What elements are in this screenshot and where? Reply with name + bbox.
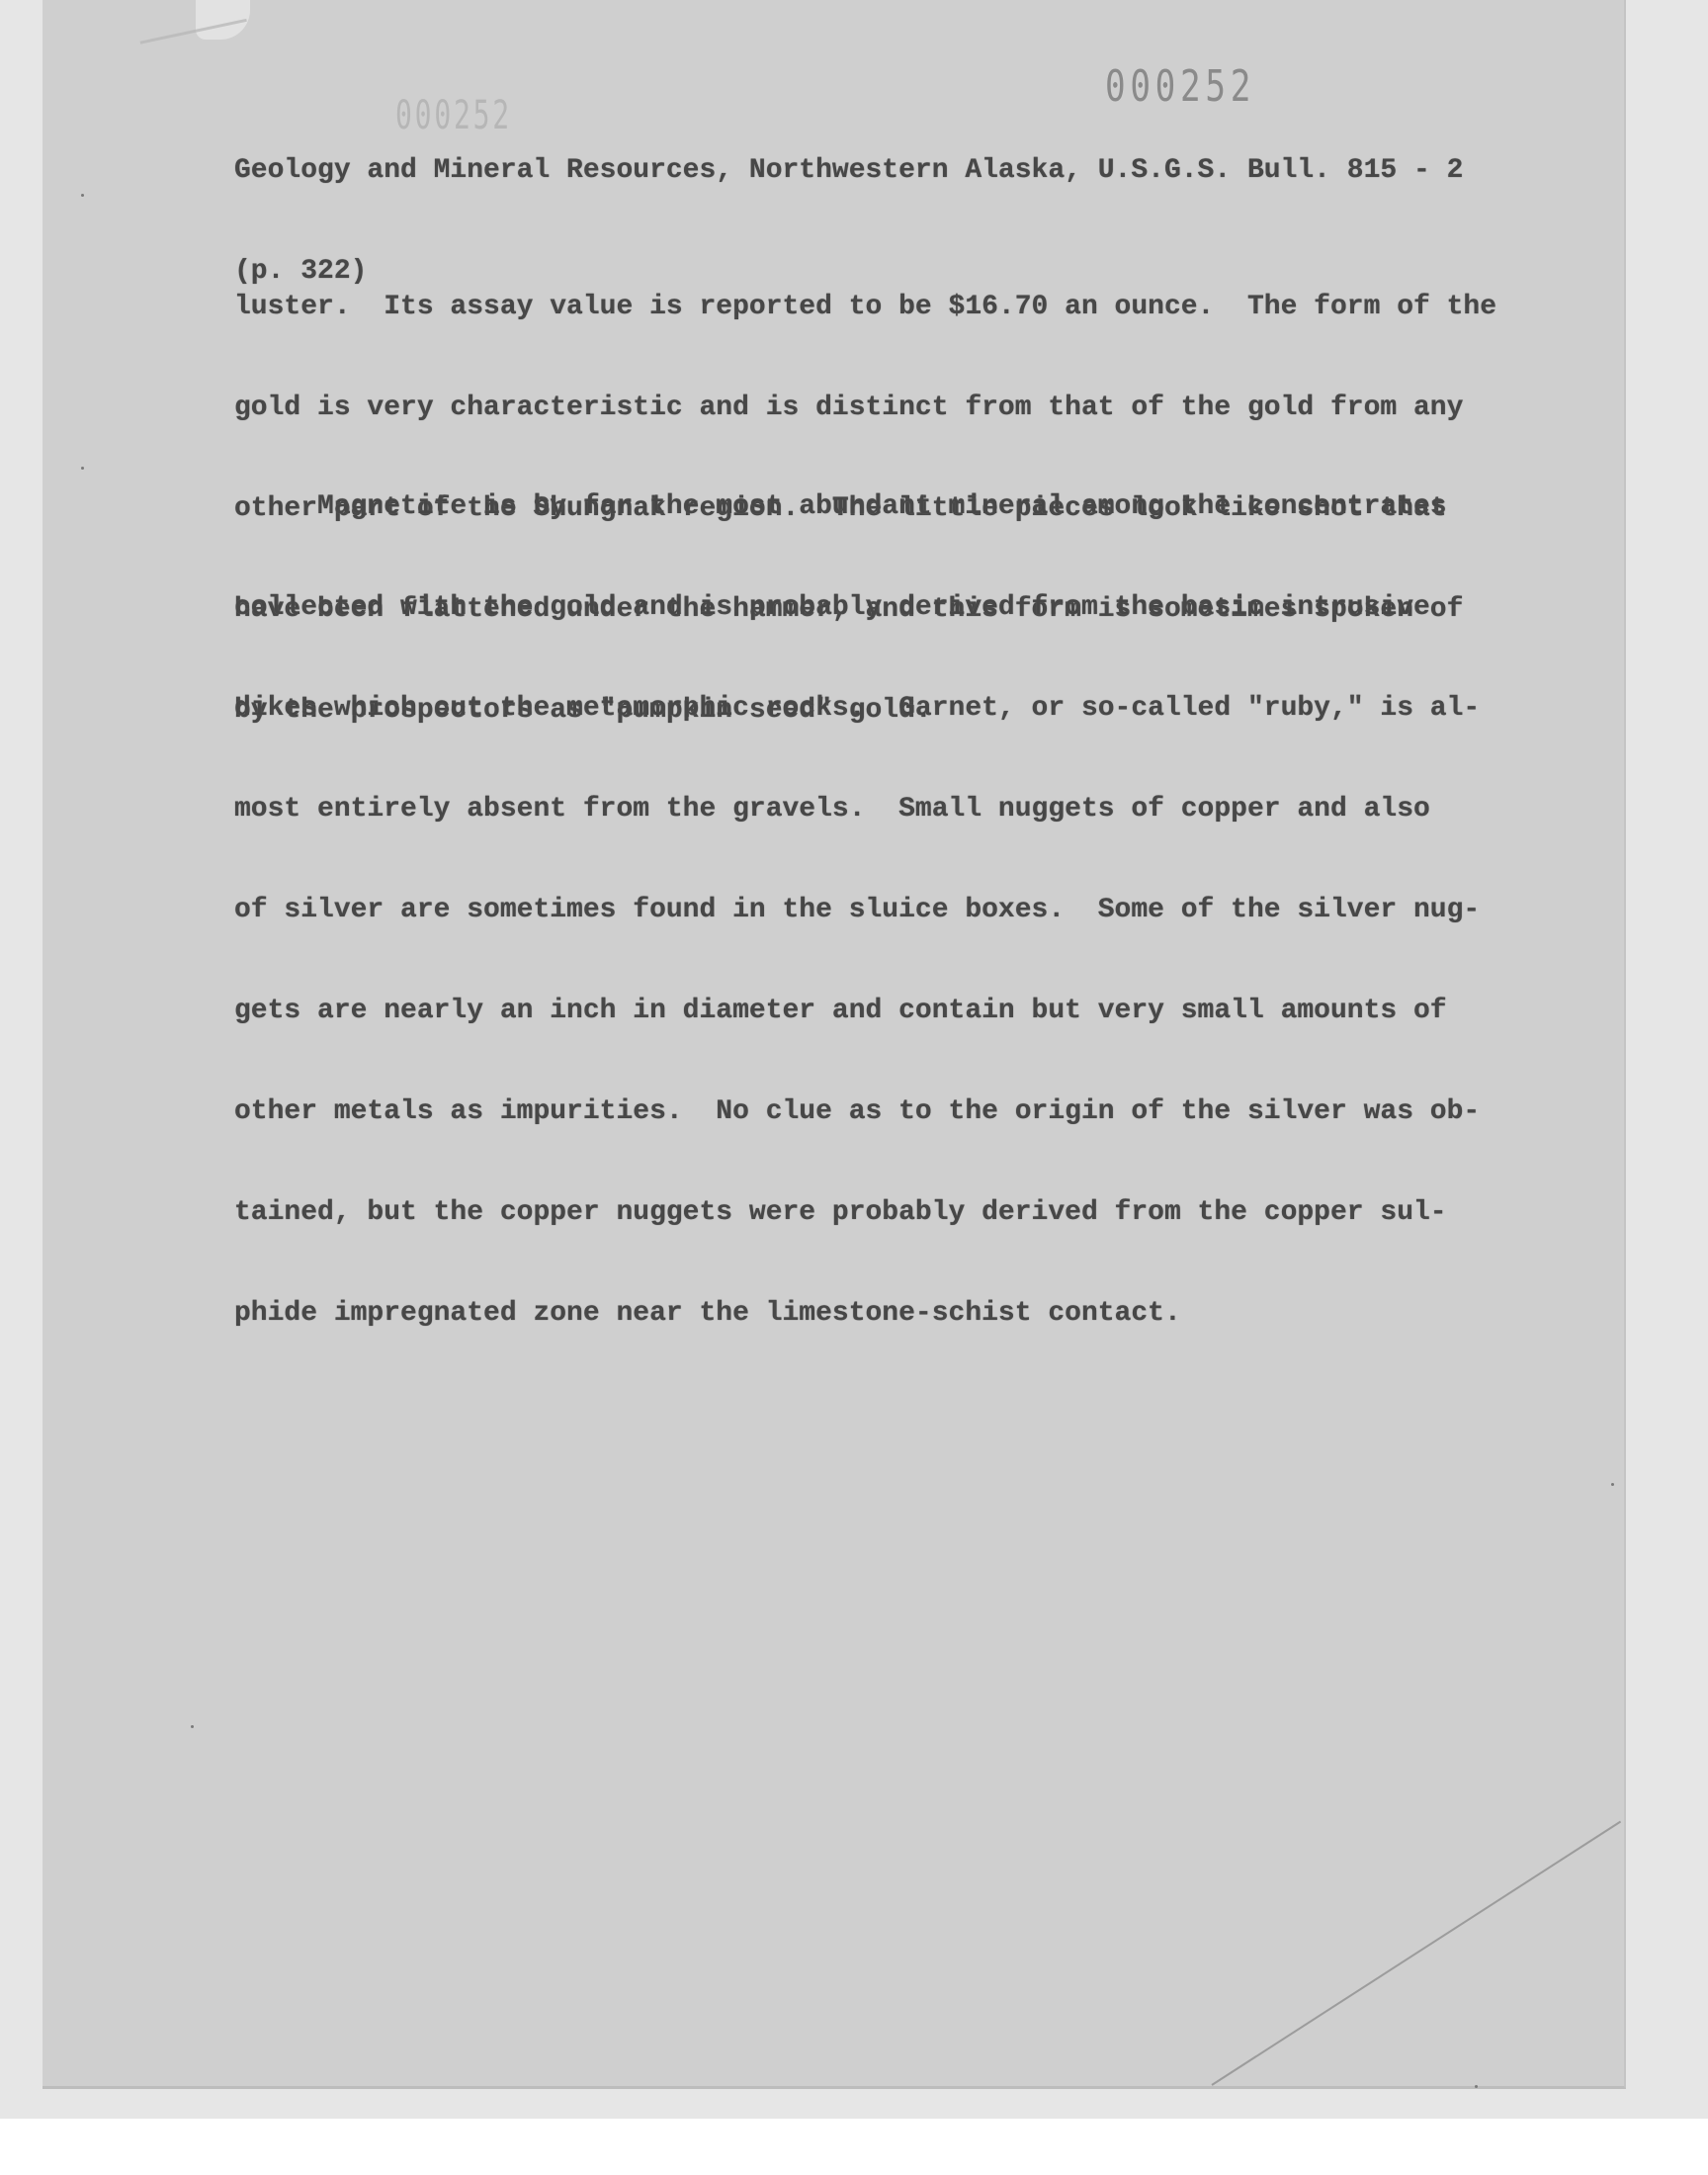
scan-speck [191, 1725, 194, 1728]
text-line: gold is very characteristic and is disti… [234, 391, 1496, 425]
text-line: luster. Its assay value is reported to b… [234, 291, 1496, 324]
text-line: collected with the gold and is probably … [234, 591, 1480, 625]
scan-speck [1611, 1483, 1614, 1486]
text-line: tained, but the copper nuggets were prob… [234, 1196, 1480, 1230]
text-line: other metals as impurities. No clue as t… [234, 1095, 1480, 1129]
scan-speck [81, 194, 84, 197]
text-line: phide impregnated zone near the limeston… [234, 1297, 1480, 1331]
text-line: Magnetite is by far the most abundant mi… [234, 490, 1480, 524]
scan-speck [81, 467, 84, 470]
text-line: most entirely absent from the gravels. S… [234, 793, 1480, 826]
scan-speck [1475, 2085, 1478, 2088]
text-line: of silver are sometimes found in the slu… [234, 894, 1480, 927]
text-line: gets are nearly an inch in diameter and … [234, 995, 1480, 1028]
heading-title: Geology and Mineral Resources, Northwest… [234, 154, 1463, 188]
text-line: dikes which cut the metamorphic rocks. G… [234, 692, 1480, 726]
paragraph-magnetite: Magnetite is by far the most abundant mi… [234, 423, 1480, 1364]
